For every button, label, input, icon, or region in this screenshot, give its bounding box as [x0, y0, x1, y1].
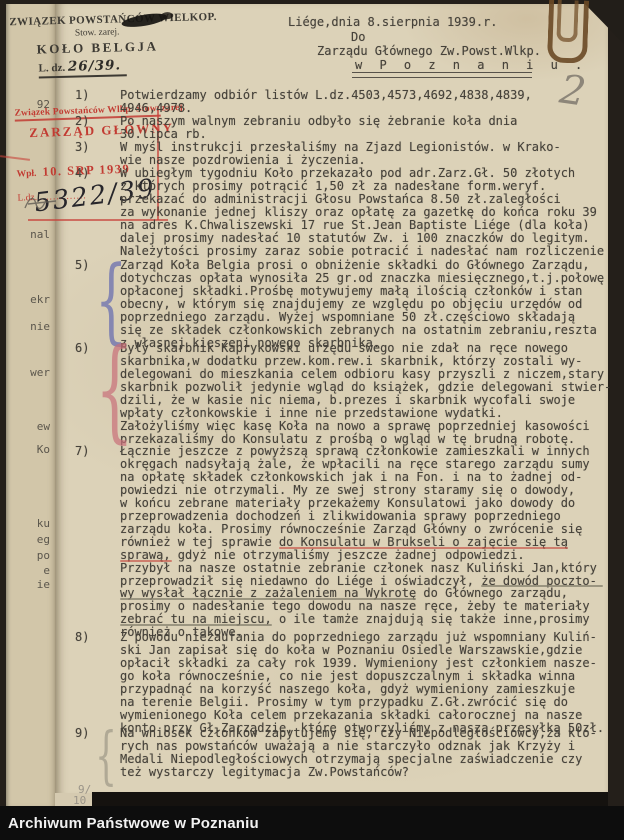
paragraph-number: 6) — [75, 342, 89, 355]
typed-line: Z powodu niezaufania do poprzedniego zar… — [120, 631, 624, 644]
paragraph-number: 5) — [75, 259, 89, 272]
typed-line: Na wniosek członków zapytujemy się, czy … — [120, 727, 624, 740]
typed-line: na terenie Belgii. Prosimy w tym przypad… — [120, 696, 624, 709]
pencil-underline — [481, 585, 603, 587]
paragraph-lines: Po naszym walnym zebraniu odbyło się żeb… — [120, 115, 624, 141]
typed-line: Łącznie jeszcze z powyższą sprawą członk… — [120, 445, 624, 458]
scanned-letter-page: 92nalekrniewerewKokuegpoeie Liége,dnia 8… — [0, 0, 624, 840]
pencil-underline — [120, 598, 416, 600]
paragraph-7: 7)Łącznie jeszcze z powyższą sprawą czło… — [0, 445, 624, 639]
archive-footer-bar: Archiwum Państwowe w Poznaniu — [0, 806, 624, 840]
paragraph-1: 1)Potwierdzamy odbiór listów L.dz.4503,4… — [0, 89, 624, 115]
paragraph-4: 4)W ubiegłym tygodniu Koło przekazało po… — [0, 167, 624, 258]
typed-line: skarbnika,w dodatku przew.kom.rew.i skar… — [120, 355, 624, 368]
paragraph-lines: Łącznie jeszcze z powyższą sprawą członk… — [120, 445, 624, 639]
typed-line: powiedzi nie otrzymali. My ze swej stron… — [120, 484, 624, 497]
typed-line: wie nasze pozdrowienia i życzenia. — [120, 154, 624, 167]
paragraph-number: 3) — [75, 141, 89, 154]
typed-line: W ubiegłym tygodniu Koło przekazało pod … — [120, 167, 624, 180]
paperclip-rust-mark-inner — [556, 0, 578, 42]
typed-line: obecny, w którym się znajdujemy ze wzglę… — [120, 298, 624, 311]
typed-line: za wykonanie jednej kliszy oraz opłatę z… — [120, 206, 624, 219]
pencil-underline — [120, 624, 272, 626]
paragraph-lines: W myśl instrukcji przesłaliśmy na Zjazd … — [120, 141, 624, 167]
typed-line: zarządu koła. Prosimy równocześnie Zarzą… — [120, 523, 624, 536]
typed-line: sprawą, gdyż nie otrzymaliśmy jeszcze ża… — [120, 549, 624, 562]
paragraph-5: 5)Zarząd Koła Belgia prosi o obniżenie s… — [0, 259, 624, 350]
typed-line: na adres K.Chwaliszewski 17 rue St.Jean … — [120, 219, 624, 232]
paragraph-number: 1) — [75, 89, 89, 102]
typed-line: się ze składek członkowskich zebranych n… — [120, 324, 624, 337]
paragraph-number: 4) — [75, 167, 89, 180]
paragraph-6: 6)Były skarbnik Kaprykowski urzędu swego… — [0, 342, 624, 446]
paragraph-lines: Z powodu niezaufania do poprzedniego zar… — [120, 631, 624, 735]
letter-body: 1)Potwierdzamy odbiór listów L.dz.4503,4… — [0, 0, 624, 808]
typed-line: przekazać do administracji Głosu Powstań… — [120, 193, 624, 206]
paragraph-lines: Zarząd Koła Belgia prosi o obniżenie skł… — [120, 259, 624, 350]
paragraph-2: 2)Po naszym walnym zebraniu odbyło się ż… — [0, 115, 624, 141]
red-pencil-underline — [120, 560, 172, 562]
margin-brace-mark: { — [95, 726, 117, 786]
typed-line: delegowani do mieszkania celem odbioru k… — [120, 368, 624, 381]
typed-line: wpłaty członkowskie i inne nie przedstaw… — [120, 407, 624, 420]
typed-line: 4946,4978. — [120, 102, 624, 115]
red-pencil-underline — [279, 547, 568, 549]
paragraph-number: 7) — [75, 445, 89, 458]
typed-line: opłacił składki za cały rok 1939. Wymien… — [120, 657, 624, 670]
paragraph-8: 8)Z powodu niezaufania do poprzedniego z… — [0, 631, 624, 735]
typed-line: Założyliśmy więc kasę Koła na nowo a spr… — [120, 420, 624, 433]
typed-line: też wystarczy legitymacja Zw.Powstańców? — [120, 766, 624, 779]
paragraph-3: 3)W myśl instrukcji przesłaliśmy na Zjaz… — [0, 141, 624, 167]
typed-line: wymienionego Koła celem przekazania skła… — [120, 709, 624, 722]
typed-line: ski Jan zapisał się do koła w Poznaniu O… — [120, 644, 624, 657]
typed-line: Potwierdzamy odbiór listów L.dz.4503,457… — [120, 89, 624, 102]
typed-line: go koła równocześnie, co nie jest dopusz… — [120, 670, 624, 683]
paragraph-9: 9)Na wniosek członków zapytujemy się, cz… — [0, 727, 624, 779]
typed-line: Były skarbnik Kaprykowski urzędu swego n… — [120, 342, 624, 355]
typed-line: poprzedniego zarządu. Wyżej wspomniane 5… — [120, 311, 624, 324]
typed-line: Zarząd Koła Belgia prosi o obniżenie skł… — [120, 259, 624, 272]
typed-line: rych nas powstańców uważają a nie starcz… — [120, 740, 624, 753]
typed-line: Przybył na nasze ostatnie zebranie człon… — [120, 562, 624, 575]
margin-brace-mark: { — [95, 338, 134, 444]
paragraph-number: 8) — [75, 631, 89, 644]
paragraph-number: 2) — [75, 115, 89, 128]
typed-line: okręgach nadsyłają żale, że wpłacili na … — [120, 458, 624, 471]
typed-line: 30.lipca rb. — [120, 128, 624, 141]
typed-line: Należytości prosimy zaraz sobie potracić… — [120, 245, 624, 258]
archive-footer-label: Archiwum Państwowe w Poznaniu — [8, 815, 259, 832]
typed-line: przypadnąć na korzyść naszego koła, gdyż… — [120, 683, 624, 696]
typed-line: dzili, że w kasie nic niema, b.prezes i … — [120, 394, 624, 407]
typed-line: skarbnik pozwolił jedynie wgląd do książ… — [120, 381, 624, 394]
typed-line: Po naszym walnym zebraniu odbyło się żeb… — [120, 115, 624, 128]
paragraph-lines: Na wniosek członków zapytujemy się, czy … — [120, 727, 624, 779]
typed-line: W myśl instrukcji przesłaliśmy na Zjazd … — [120, 141, 624, 154]
paragraph-lines: W ubiegłym tygodniu Koło przekazało pod … — [120, 167, 624, 258]
paragraph-lines: Były skarbnik Kaprykowski urzędu swego n… — [120, 342, 624, 446]
typed-line: na opłatę składek członkowskich jak i na… — [120, 471, 624, 484]
typed-line: Medali Niepodległościowych otrzymają spe… — [120, 753, 624, 766]
typed-line: z których prosimy potrącić 1,50 zł za na… — [120, 180, 624, 193]
typed-line: w końcu zebrane materiały przekażemy Kon… — [120, 497, 624, 510]
typed-line: przeprowadzenia dochodzeń i zlikwidowani… — [120, 510, 624, 523]
paragraph-lines: Potwierdzamy odbiór listów L.dz.4503,457… — [120, 89, 624, 115]
typed-line: dotychczas opłata wynosiła 25 gr.od znac… — [120, 272, 624, 285]
typed-line: dalej prosimy nadesłać 10 statutów Zw. i… — [120, 232, 624, 245]
typed-line: opłaconej składki.Prośbę motywujemy małą… — [120, 285, 624, 298]
paragraph-number: 9) — [75, 727, 89, 740]
